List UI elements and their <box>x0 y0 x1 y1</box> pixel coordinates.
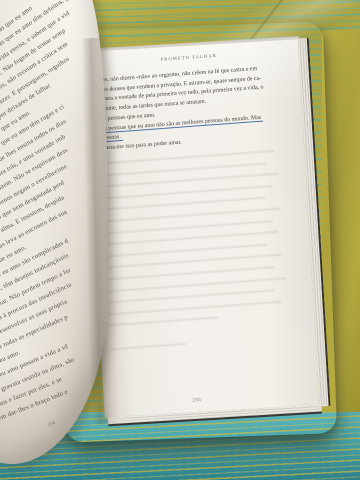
right-page-text-block: prazeres, não dizem «não» ao orgasmo, nã… <box>87 63 289 155</box>
right-page: PROMETO FALHAR prazeres, não dizem «não»… <box>83 39 319 417</box>
right-page-number: 235 <box>192 398 201 404</box>
photo-open-book-on-striped-fabric: PROMETO FALHAR prazeres, não dizem «não»… <box>0 0 360 480</box>
show-through-ghost-text <box>97 149 300 359</box>
book-block: PROMETO FALHAR prazeres, não dizem «não»… <box>83 36 333 427</box>
right-page-content: PROMETO FALHAR prazeres, não dizem «não»… <box>83 39 319 417</box>
